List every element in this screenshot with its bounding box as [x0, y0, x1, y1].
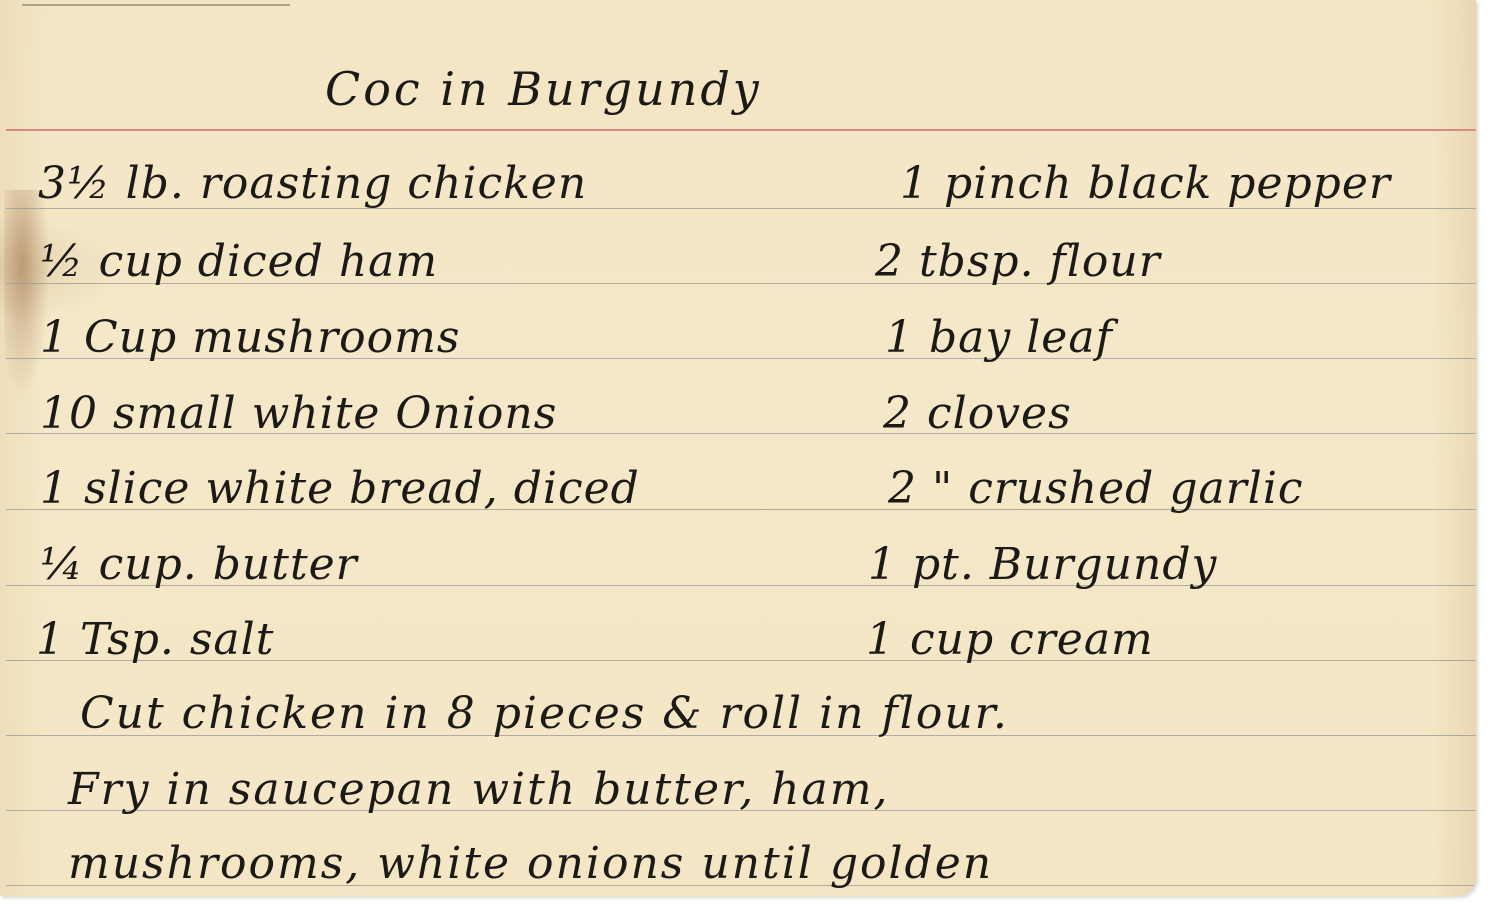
ingredient-left: 10 small white Onions	[40, 392, 557, 436]
ingredient-left: 1 Cup mushrooms	[40, 316, 460, 360]
ingredient-left: 1 slice white bread, diced	[40, 467, 640, 511]
ingredient-right: 2 " crushed garlic	[888, 467, 1304, 511]
ingredient-left: ½ cup diced ham	[40, 240, 438, 284]
ingredient-left: 3½ lb. roasting chicken	[38, 162, 587, 206]
card-stain	[4, 190, 50, 400]
direction-line: Fry in saucepan with butter, ham,	[68, 768, 889, 812]
ingredient-right: 2 cloves	[883, 392, 1072, 436]
ingredient-left: 1 Tsp. salt	[36, 618, 274, 662]
ingredient-right: 1 cup cream	[866, 618, 1154, 662]
red-header-rule	[6, 129, 1476, 131]
ingredient-left: ¼ cup. butter	[40, 543, 358, 587]
ingredient-right: 1 pt. Burgundy	[868, 543, 1217, 587]
ingredient-right: 1 bay leaf	[885, 316, 1113, 360]
direction-line: Cut chicken in 8 pieces & roll in flour.	[80, 692, 1009, 736]
ingredient-right: 1 pinch black pepper	[900, 162, 1391, 206]
card-top-edge	[22, 4, 290, 6]
ingredient-right: 2 tbsp. flour	[875, 240, 1161, 284]
recipe-title: Coc in Burgundy	[325, 66, 762, 112]
direction-line: mushrooms, white onions until golden	[68, 842, 993, 886]
recipe-card: Coc in Burgundy 3½ lb. roasting chicken …	[0, 0, 1476, 896]
